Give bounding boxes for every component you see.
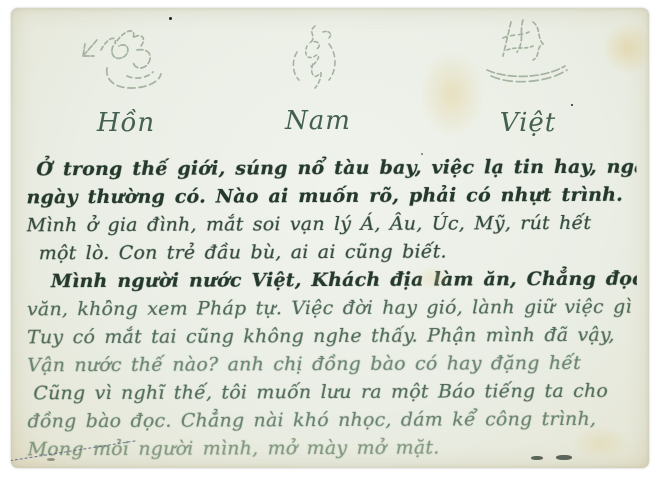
masthead-emblem-nam: Nam <box>258 20 378 136</box>
manuscript-line: Mình người nước Việt, Khách địa làm ăn, … <box>27 265 637 296</box>
nam-character-sketch <box>263 20 373 102</box>
scanned-manuscript-photo: Hồn Nam Việt <box>11 8 649 468</box>
cropped-text-mark <box>531 456 543 460</box>
manuscript-body: Ở trong thế giới, súng nổ tàu bay, việc … <box>26 153 637 464</box>
manuscript-line: Mong mỏi người mình, mở mày mở mặt. <box>28 433 638 464</box>
manuscript-line: đồng bào đọc. Chẳng nài khó nhọc, dám kể… <box>27 405 637 436</box>
manuscript-line: ngày thường có. Nào ai muốn rõ, phải có … <box>26 181 636 212</box>
masthead-emblem-viet: Việt <box>466 12 590 138</box>
paper-stain <box>603 22 649 74</box>
manuscript-line: một lò. Con trẻ đầu bù, ai ai cũng biết. <box>27 237 637 268</box>
dust-speck <box>571 104 573 106</box>
manuscript-line: Vận nước thế nào? anh chị đồng bào có ha… <box>27 349 637 380</box>
manuscript-line: Cũng vì nghĩ thế, tôi muốn lưu ra một Bá… <box>27 377 637 408</box>
dust-speck <box>169 17 172 20</box>
masthead-word-nam: Nam <box>258 106 378 136</box>
dust-speck <box>421 153 423 155</box>
manuscript-line: Mình ở gia đình, mắt soi vạn lý Á, Âu, Ú… <box>27 209 637 240</box>
dust-speck <box>106 300 108 302</box>
masthead-emblem-hon: Hồn <box>66 16 186 138</box>
manuscript-line: Ở trong thế giới, súng nổ tàu bay, việc … <box>26 153 636 184</box>
cropped-text-mark <box>47 458 55 461</box>
hon-character-sketch <box>67 16 185 104</box>
manuscript-line: Tuy có mắt tai cũng không nghe thấy. Phậ… <box>27 321 637 352</box>
manuscript-line: văn, không xem Pháp tự. Việc đời hay gió… <box>27 293 637 324</box>
masthead-word-viet: Việt <box>466 108 590 138</box>
cropped-text-mark <box>556 455 572 460</box>
masthead-word-hon: Hồn <box>66 108 186 138</box>
viet-character-sketch <box>467 12 589 104</box>
